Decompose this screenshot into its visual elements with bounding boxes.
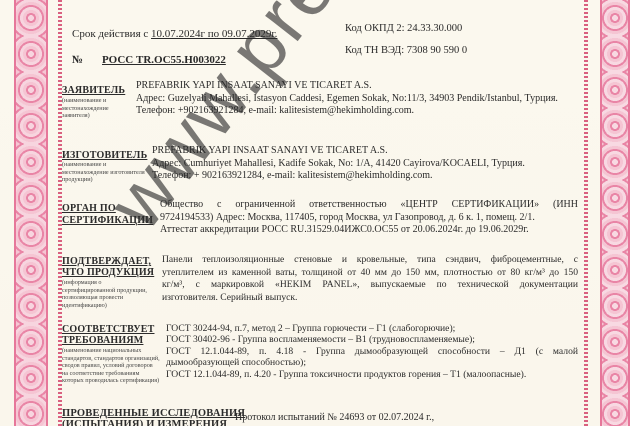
- cert-body-details: Общество с ограниченной ответственностью…: [160, 199, 578, 237]
- cert-body-line-3: Аттестат аккредитации РОСС RU.31529.04ИЖ…: [160, 224, 578, 237]
- certificate-number: РОСС TR.OC55.H003022: [102, 54, 226, 67]
- cert-body-label-1: ОРГАН ПО: [62, 203, 116, 214]
- product-sublabel: (информация о сертифицированной продукци…: [62, 279, 154, 309]
- product-line-1: Панели теплоизоляционные стеновые и кров…: [162, 254, 578, 267]
- standard-item-4: ГОСТ 12.1.044-89, п. 4.20 - Группа токси…: [166, 369, 578, 380]
- applicant-name: PREFABRIK YAPI INSAAT SANAYI VE TICARET …: [136, 80, 586, 93]
- manufacturer-contacts: Телефон: + 902163921284, e-mail: kalites…: [152, 170, 582, 183]
- applicant-label: ЗАЯВИТЕЛЬ: [62, 85, 125, 96]
- cert-body-line-1: Общество с ограниченной ответственностью…: [160, 199, 578, 212]
- standards-sublabel: (наименование национальных стандартов, с…: [62, 347, 160, 385]
- manufacturer-address: Адрес: Cumhuriyet Mahallesi, Kadife Soka…: [152, 158, 582, 171]
- test-protocol: Протокол испытаний № 24693 от 02.07.2024…: [235, 411, 434, 424]
- product-line-4: изготовителя. Серийный выпуск.: [162, 292, 578, 305]
- manufacturer-name: PREFABRIK YAPI INSAAT SANAYI VE TICARET …: [152, 145, 582, 158]
- standard-item-2: ГОСТ 30402-96 - Группа воспламеняемости …: [166, 334, 578, 345]
- standards-label-1: СООТВЕТСТВУЕТ: [62, 324, 155, 335]
- validity-prefix: Срок действия с: [72, 28, 151, 40]
- certificate-page: Срок действия с 10.07.2024г по 09.07.202…: [0, 0, 640, 426]
- product-line-2: утеплителем из каменной ваты, толщиной о…: [162, 267, 578, 280]
- validity-period: 10.07.2024г по 09.07.2029г.: [151, 28, 277, 40]
- applicant-sublabel: (наименование и местонахождение заявител…: [62, 97, 122, 120]
- product-line-3: кг/м³, с маркировкой «HEKIM PANEL», выпу…: [162, 279, 578, 292]
- okpd2-code: Код ОКПД 2: 24.33.30.000: [345, 22, 462, 35]
- manufacturer-details: PREFABRIK YAPI INSAAT SANAYI VE TICARET …: [152, 145, 582, 183]
- tests-label-1: ПРОВЕДЕННЫЕ ИССЛЕДОВАНИЯ: [62, 408, 245, 419]
- product-label-1: ПОДТВЕРЖДАЕТ,: [62, 256, 151, 267]
- standard-item-3: ГОСТ 12.1.044-89, п. 4.18 - Группа дымоо…: [166, 346, 578, 357]
- decorative-border-left: [14, 0, 48, 426]
- cert-body-label-2: СЕРТИФИКАЦИИ: [62, 215, 153, 226]
- manufacturer-label: ИЗГОТОВИТЕЛЬ: [62, 150, 147, 161]
- standards-label-2: ТРЕБОВАНИЯМ: [62, 335, 143, 346]
- applicant-address: Адрес: Guzelyali Mahallesi, Istasyon Cad…: [136, 93, 586, 106]
- certificate-number-symbol: №: [72, 54, 83, 67]
- applicant-details: PREFABRIK YAPI INSAAT SANAYI VE TICARET …: [136, 80, 586, 118]
- cert-body-line-2: 9724194533) Адрес: Москва, 117405, город…: [160, 212, 578, 225]
- standard-item-1: ГОСТ 30244-94, п.7, метод 2 – Группа гор…: [166, 323, 578, 334]
- manufacturer-sublabel: (наименование и местонахождение изготови…: [62, 161, 146, 184]
- page-edge: [630, 0, 640, 426]
- tn-ved-code: Код ТН ВЭД: 7308 90 590 0: [345, 44, 467, 57]
- standard-item-3-cont: дымообразующей способностью);: [166, 357, 578, 368]
- product-description: Панели теплоизоляционные стеновые и кров…: [162, 254, 578, 304]
- applicant-contacts: Телефон: +902163921284, e-mail: kalitesi…: [136, 105, 586, 118]
- tests-label-2: (ИСПЫТАНИЯ) И ИЗМЕРЕНИЯ: [62, 419, 227, 426]
- decorative-border-right: [600, 0, 630, 426]
- standards-list: ГОСТ 30244-94, п.7, метод 2 – Группа гор…: [166, 323, 578, 380]
- decorative-dotted-line-right: [584, 0, 588, 426]
- validity-line: Срок действия с 10.07.2024г по 09.07.202…: [72, 28, 277, 41]
- product-label-2: ЧТО ПРОДУКЦИЯ: [62, 267, 154, 278]
